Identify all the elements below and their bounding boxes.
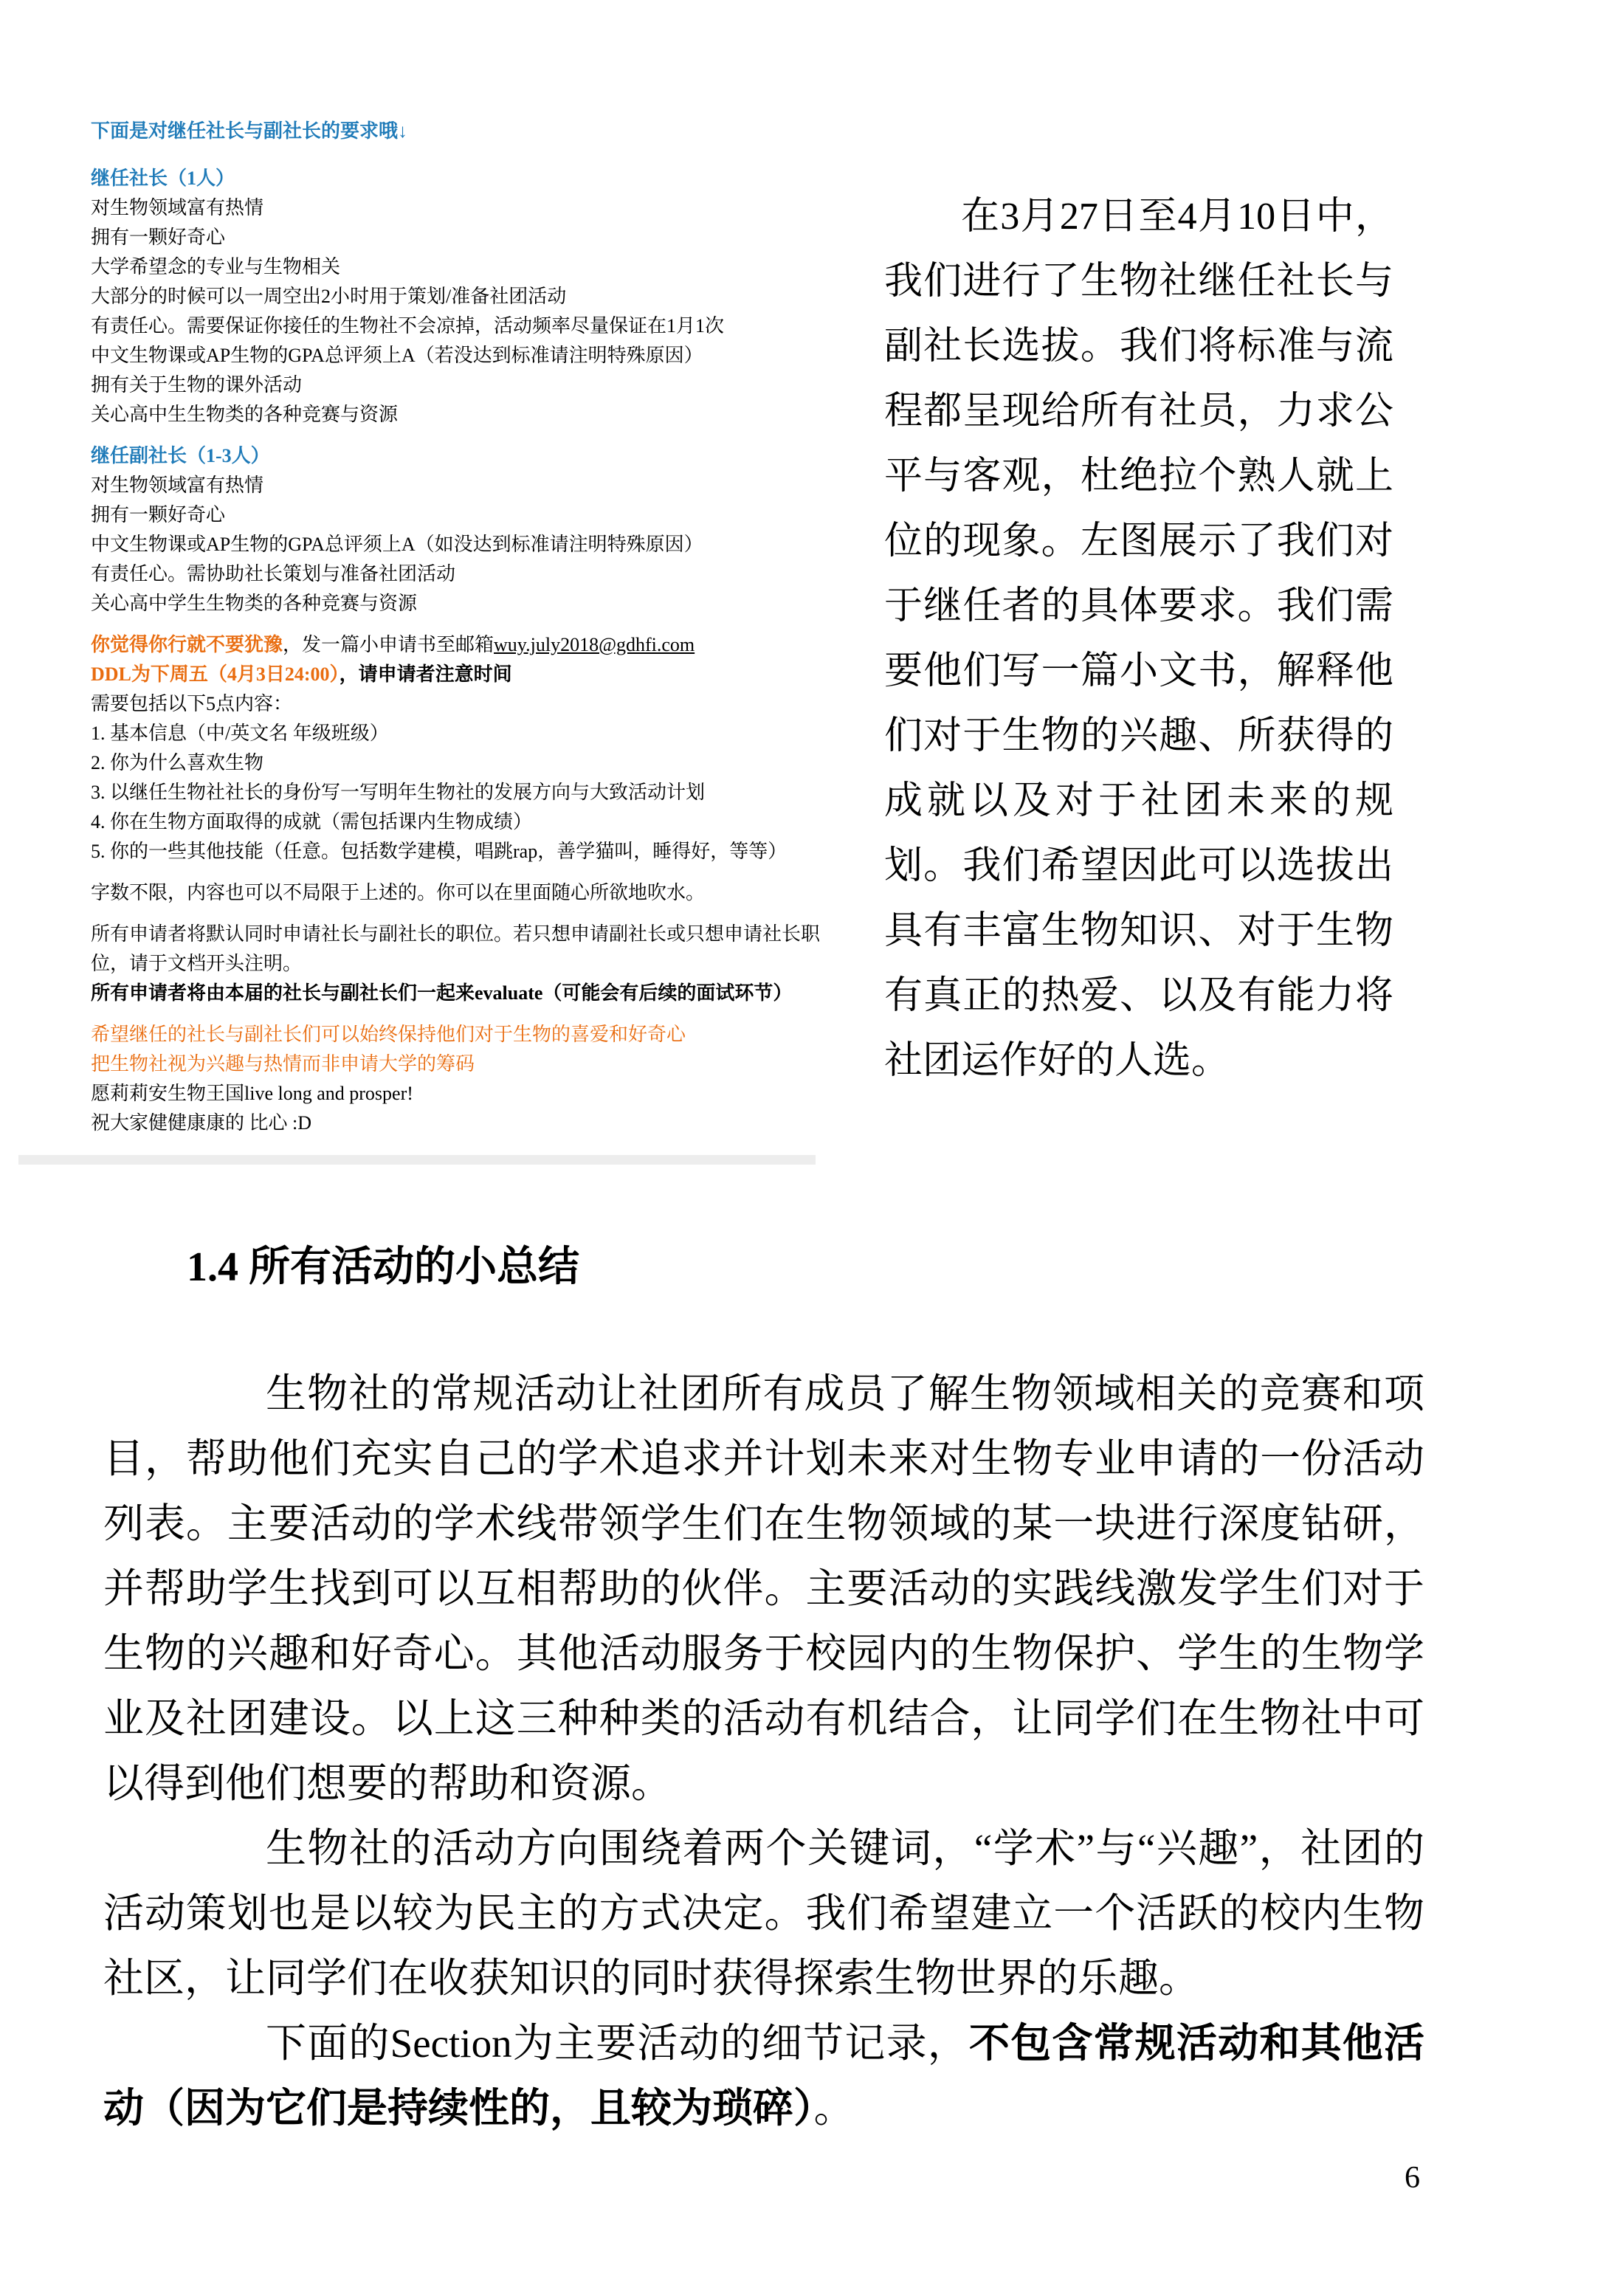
text-run: 拥有一颗好奇心 xyxy=(91,504,225,525)
requirements-line: 位，请于文档开头注明。 xyxy=(91,949,820,979)
requirements-line: 所有申请者将由本届的社长与副社长们一起来evaluate（可能会有后续的面试环节… xyxy=(91,979,820,1008)
text-run: 大学希望念的专业与生物相关 xyxy=(91,256,340,277)
text-run: 字数不限，内容也可以不局限于上述的。你可以在里面随心所欲地吹水。 xyxy=(91,882,705,903)
requirements-line: 需要包括以下5点内容： xyxy=(91,689,820,719)
requirements-line: 拥有一颗好奇心 xyxy=(91,500,820,530)
text-run: 下面的Section为主要活动的细节记录， xyxy=(266,2021,969,2066)
requirements-line: 下面是对继任社长与副社长的要求哦↓ xyxy=(91,117,820,146)
requirements-line: 3. 以继任生物社社长的身份写一写明年生物社的发展方向与大致活动计划 xyxy=(91,778,820,807)
requirements-line: 你觉得你行就不要犹豫，发一篇小申请书至邮箱wuy.july2018@gdhfi.… xyxy=(91,630,820,660)
text-run: ，发一篇小申请书至邮箱 xyxy=(283,634,494,655)
text-run: 希望继任的社长与副社长们可以始终保持他们对于生物的喜爱和好奇心 xyxy=(91,1024,686,1045)
requirements-line: 大学希望念的专业与生物相关 xyxy=(91,252,820,282)
text-run: 下面是对继任社长与副社长的要求哦↓ xyxy=(91,120,407,142)
text-run: 关心高中生生物类的各种竞赛与资源 xyxy=(91,404,398,425)
requirements-line: 愿莉莉安生物王国live long and prosper! xyxy=(91,1079,820,1109)
requirements-line: 拥有关于生物的课外活动 xyxy=(91,370,820,400)
text-run: 生物社的活动方向围绕着两个关键词，“学术”与“兴趣”，社团的活动策划也是以较为民… xyxy=(103,1826,1424,2001)
text-run: DDL为下周五（4月3日24:00） xyxy=(91,663,340,685)
text-run: 拥有一颗好奇心 xyxy=(91,227,225,248)
text-run: 愿莉莉安生物王国live long and prosper! xyxy=(91,1083,413,1104)
text-run: 对生物领域富有热情 xyxy=(91,475,263,496)
requirements-line: 继任副社长（1-3人） xyxy=(91,441,820,471)
section-heading: 1.4 所有活动的小总结 xyxy=(187,1241,579,1293)
requirements-line: 4. 你在生物方面取得的成就（需包括课内生物成绩） xyxy=(91,807,820,837)
section-body: 生物社的常规活动让社团所有成员了解生物领域相关的竞赛和项目，帮助他们充实自己的学… xyxy=(103,1362,1424,2141)
text-run: 把生物社视为兴趣与热情而非申请大学的筹码 xyxy=(91,1053,475,1075)
selection-summary-column: 在3月27日至4月10日中，我们进行了生物社继任社长与副社长选拔。我们将标准与流… xyxy=(884,185,1393,1094)
text-run: 。 xyxy=(814,2086,855,2131)
text-run: 关心高中学生生物类的各种竞赛与资源 xyxy=(91,593,417,614)
text-run: 3. 以继任生物社社长的身份写一写明年生物社的发展方向与大致活动计划 xyxy=(91,782,705,803)
text-run: 生物社的常规活动让社团所有成员了解生物领域相关的竞赛和项目，帮助他们充实自己的学… xyxy=(103,1371,1424,1806)
page-number: 6 xyxy=(1405,2161,1420,2195)
image-bottom-shadow xyxy=(18,1155,816,1165)
text-run: 4. 你在生物方面取得的成就（需包括课内生物成绩） xyxy=(91,811,532,832)
requirements-line: 把生物社视为兴趣与热情而非申请大学的筹码 xyxy=(91,1049,820,1079)
text-run: ，请申请者注意时间 xyxy=(340,663,512,685)
body-paragraph: 下面的Section为主要活动的细节记录，不包含常规活动和其他活动（因为它们是持… xyxy=(103,2011,1424,2141)
requirements-line: 关心高中生生物类的各种竞赛与资源 xyxy=(91,400,820,430)
text-run: 继任副社长（1-3人） xyxy=(91,445,270,466)
text-run: 你觉得你行就不要犹豫 xyxy=(91,634,283,655)
requirements-line: 中文生物课或AP生物的GPA总评须上A（如没达到标准请注明特殊原因） xyxy=(91,530,820,559)
requirements-line: 2. 你为什么喜欢生物 xyxy=(91,748,820,778)
requirements-line: 5. 你的一些其他技能（任意。包括数学建模，唱跳rap，善学猫叫，睡得好，等等） xyxy=(91,837,820,866)
body-paragraph: 生物社的活动方向围绕着两个关键词，“学术”与“兴趣”，社团的活动策划也是以较为民… xyxy=(103,1816,1424,2011)
text-run: 拥有关于生物的课外活动 xyxy=(91,374,302,396)
text-run: 有责任心。需要保证你接任的生物社不会凉掉，活动频率尽量保证在1月1次 xyxy=(91,315,724,337)
text-run: 对生物领域富有热情 xyxy=(91,197,263,218)
requirements-line: 关心高中学生生物类的各种竞赛与资源 xyxy=(91,589,820,618)
requirements-line: 1. 基本信息（中/英文名 年级班级） xyxy=(91,719,820,748)
requirements-line: 拥有一颗好奇心 xyxy=(91,223,820,252)
requirements-line: 对生物领域富有热情 xyxy=(91,193,820,223)
text-run: 2. 你为什么喜欢生物 xyxy=(91,752,263,773)
requirements-line: 继任社长（1人） xyxy=(91,164,820,193)
text-run: 5. 你的一些其他技能（任意。包括数学建模，唱跳rap，善学猫叫，睡得好，等等） xyxy=(91,841,787,862)
text-run: 需要包括以下5点内容： xyxy=(91,693,292,714)
text-run: 有责任心。需协助社长策划与准备社团活动 xyxy=(91,563,455,585)
requirements-line: 字数不限，内容也可以不局限于上述的。你可以在里面随心所欲地吹水。 xyxy=(91,878,820,908)
text-run: 所有申请者将默认同时申请社长与副社长的职位。若只想申请副社长或只想申请社长职 xyxy=(91,923,820,945)
text-run: 大部分的时候可以一周空出2小时用于策划/准备社团活动 xyxy=(91,286,566,307)
text-run: 1. 基本信息（中/英文名 年级班级） xyxy=(91,723,389,744)
text-run: 祝大家健健康康的 比心 :D xyxy=(91,1112,311,1134)
selection-paragraph: 在3月27日至4月10日中，我们进行了生物社继任社长与副社长选拔。我们将标准与流… xyxy=(884,185,1393,1094)
text-run: 中文生物课或AP生物的GPA总评须上A（如没达到标准请注明特殊原因） xyxy=(91,534,703,555)
text-run: 位，请于文档开头注明。 xyxy=(91,953,302,974)
requirements-line: 祝大家健健康康的 比心 :D xyxy=(91,1109,820,1138)
requirements-line: 所有申请者将默认同时申请社长与副社长的职位。若只想申请副社长或只想申请社长职 xyxy=(91,920,820,949)
requirements-line: 希望继任的社长与副社长们可以始终保持他们对于生物的喜爱和好奇心 xyxy=(91,1020,820,1049)
body-paragraph: 生物社的常规活动让社团所有成员了解生物领域相关的竞赛和项目，帮助他们充实自己的学… xyxy=(103,1362,1424,1816)
text-run: 继任社长（1人） xyxy=(91,168,235,189)
text-run: 中文生物课或AP生物的GPA总评须上A（若没达到标准请注明特殊原因） xyxy=(91,345,703,366)
email-text: wuy.july2018@gdhfi.com xyxy=(494,634,695,655)
text-run: 所有申请者将由本届的社长与副社长们一起来evaluate（可能会有后续的面试环节… xyxy=(91,982,792,1004)
requirements-line: 有责任心。需协助社长策划与准备社团活动 xyxy=(91,559,820,589)
requirements-image: 下面是对继任社长与副社长的要求哦↓继任社长（1人）对生物领域富有热情拥有一颗好奇… xyxy=(18,74,816,1165)
requirements-line: 中文生物课或AP生物的GPA总评须上A（若没达到标准请注明特殊原因） xyxy=(91,341,820,370)
requirements-line: 大部分的时候可以一周空出2小时用于策划/准备社团活动 xyxy=(91,282,820,311)
requirements-line: 对生物领域富有热情 xyxy=(91,471,820,500)
requirements-line: DDL为下周五（4月3日24:00），请申请者注意时间 xyxy=(91,660,820,689)
document-page: 下面是对继任社长与副社长的要求哦↓继任社长（1人）对生物领域富有热情拥有一颗好奇… xyxy=(0,0,1623,2296)
requirements-line: 有责任心。需要保证你接任的生物社不会凉掉，活动频率尽量保证在1月1次 xyxy=(91,311,820,341)
requirements-lines: 下面是对继任社长与副社长的要求哦↓继任社长（1人）对生物领域富有热情拥有一颗好奇… xyxy=(91,117,820,1138)
